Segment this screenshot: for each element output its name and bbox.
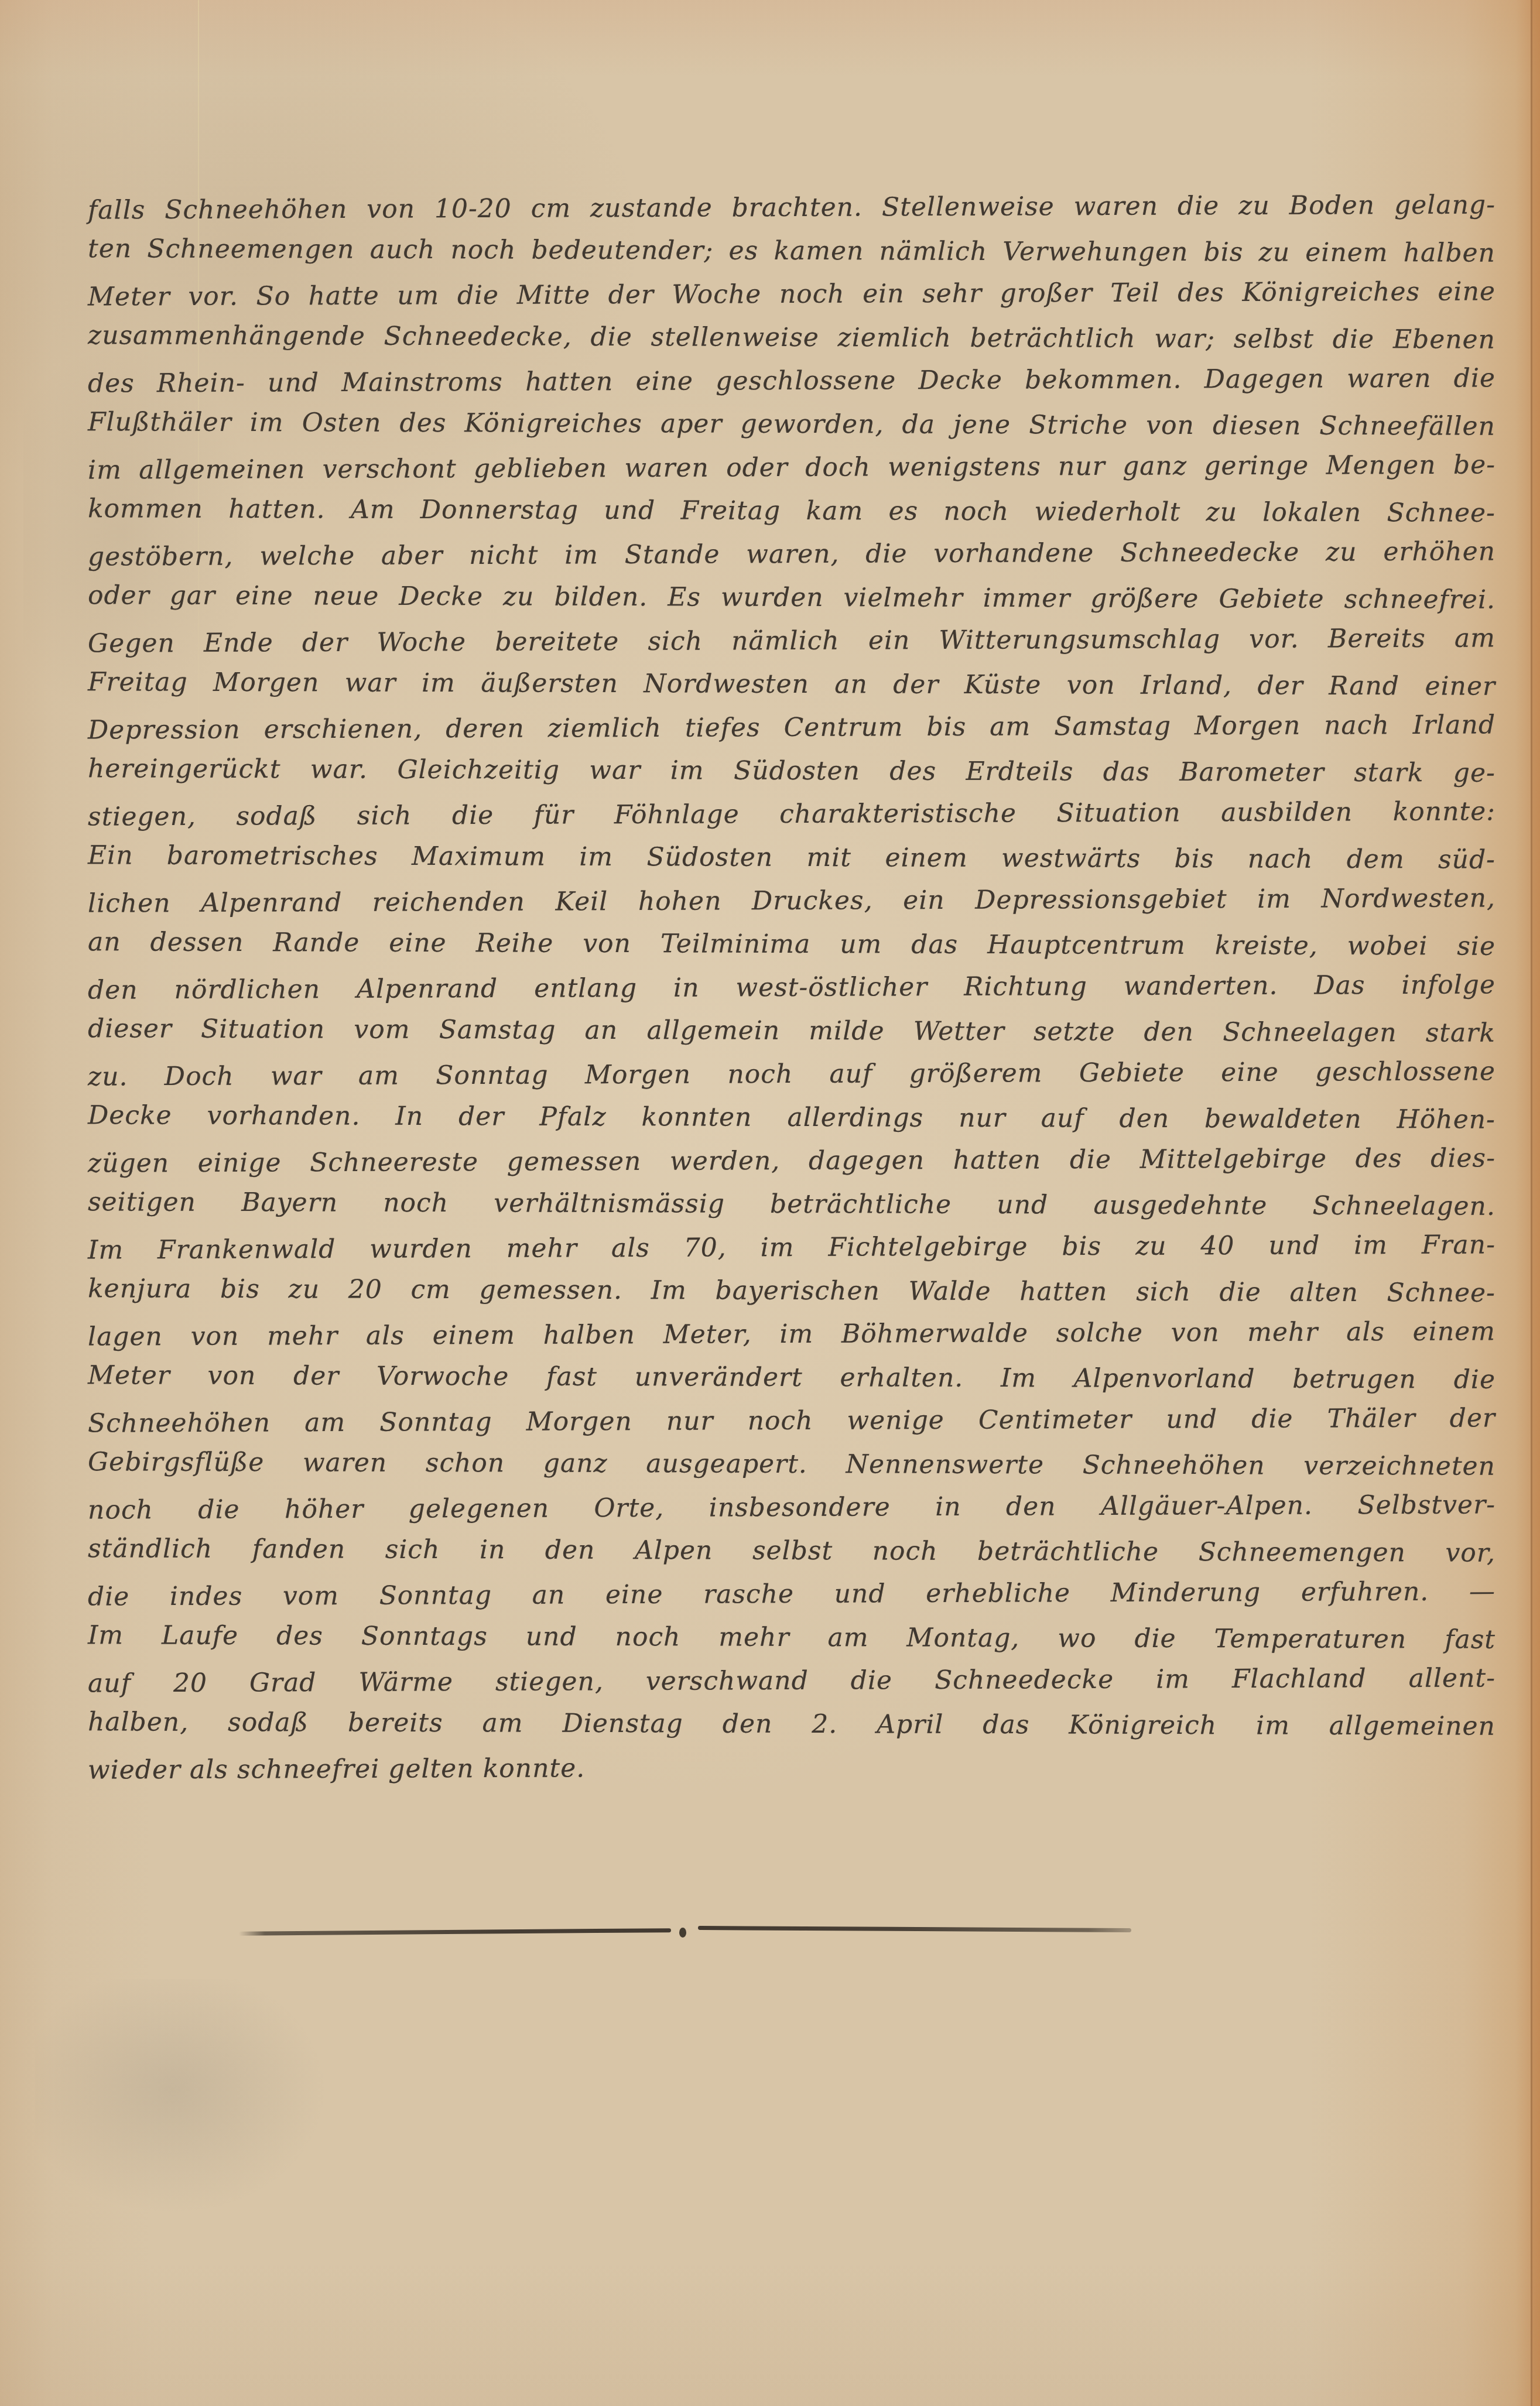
text-line: falls Schneehöhen von 10-20 cm zustande … <box>88 183 1495 232</box>
paper-smudge-lower <box>35 1979 340 2225</box>
text-line: gestöbern, welche aber nicht im Stande w… <box>88 530 1495 579</box>
text-line: zügen einige Schneereste gemessen werden… <box>88 1137 1495 1185</box>
page-right-edge-shading <box>1532 0 1540 2406</box>
text-line: Schneehöhen am Sonntag Morgen nur noch w… <box>88 1397 1495 1445</box>
text-line: im allgemeinen verschont geblieben waren… <box>88 443 1495 492</box>
text-line: lichen Alpenrand reichenden Keil hohen D… <box>88 877 1495 925</box>
divider-right-stroke <box>698 1926 1131 1932</box>
text-line: auf 20 Grad Wärme stiegen, verschwand di… <box>88 1657 1495 1705</box>
text-line: Im Laufe des Sonntags und noch mehr am M… <box>88 1614 1495 1662</box>
text-line: stiegen, sodaß sich die für Föhnlage cha… <box>88 790 1495 838</box>
text-line: Meter von der Vorwoche fast unverändert … <box>88 1354 1495 1402</box>
text-line: Depression erschienen, deren ziemlich ti… <box>88 703 1495 752</box>
text-line: an dessen Rande eine Reihe von Teilminim… <box>88 920 1495 968</box>
text-line: ten Schneemengen auch noch bedeutender; … <box>88 227 1495 275</box>
text-line: Flußthäler im Osten des Königreiches ape… <box>88 401 1495 449</box>
text-line: oder gar eine neue Decke zu bilden. Es w… <box>88 574 1495 622</box>
handwritten-text-block: falls Schneehöhen von 10-20 cm zustande … <box>88 186 1495 1789</box>
text-line: Gebirgsflüße waren schon ganz ausgeapert… <box>88 1440 1495 1488</box>
text-line: noch die höher gelegenen Orte, insbesond… <box>88 1483 1495 1532</box>
text-line: des Rhein- und Mainstroms hatten eine ge… <box>88 357 1495 405</box>
text-line: kenjura bis zu 20 cm gemessen. Im bayeri… <box>88 1267 1495 1315</box>
text-line: Gegen Ende der Woche bereitete sich näml… <box>88 617 1495 665</box>
manuscript-page: falls Schneehöhen von 10-20 cm zustande … <box>0 0 1540 2406</box>
text-line: Freitag Morgen war im äußersten Nordwest… <box>88 660 1495 709</box>
text-line: kommen hatten. Am Donnerstag und Freitag… <box>88 487 1495 535</box>
text-line: Ein barometrisches Maximum im Südosten m… <box>88 834 1495 882</box>
section-divider <box>0 1919 1540 1943</box>
text-line: Im Frankenwald wurden mehr als 70, im Fi… <box>88 1223 1495 1272</box>
text-line: seitigen Bayern noch verhältnismässig be… <box>88 1180 1495 1228</box>
text-line: lagen von mehr als einem halben Meter, i… <box>88 1310 1495 1358</box>
text-line: Meter vor. So hatte um die Mitte der Woc… <box>88 270 1495 319</box>
text-line: hereingerückt war. Gleichzeitig war im S… <box>88 747 1495 795</box>
text-line: zusammenhängende Schneedecke, die stelle… <box>88 314 1495 362</box>
text-line: die indes vom Sonntag an eine rasche und… <box>88 1570 1495 1618</box>
page-edge-line <box>1531 0 1532 2406</box>
text-line: Decke vorhanden. In der Pfalz konnten al… <box>88 1094 1495 1142</box>
text-line: halben, sodaß bereits am Dienstag den 2.… <box>88 1700 1495 1748</box>
text-line: dieser Situation vom Samstag an allgemei… <box>88 1007 1495 1055</box>
text-line: ständlich fanden sich in den Alpen selbs… <box>88 1527 1495 1575</box>
text-line: den nördlichen Alpenrand entlang in west… <box>88 963 1495 1012</box>
text-line: wieder als schneefrei gelten konnte. <box>88 1743 1495 1792</box>
text-line: zu. Doch war am Sonntag Morgen noch auf … <box>88 1050 1495 1098</box>
divider-left-stroke <box>239 1928 671 1936</box>
divider-dot <box>679 1928 686 1938</box>
